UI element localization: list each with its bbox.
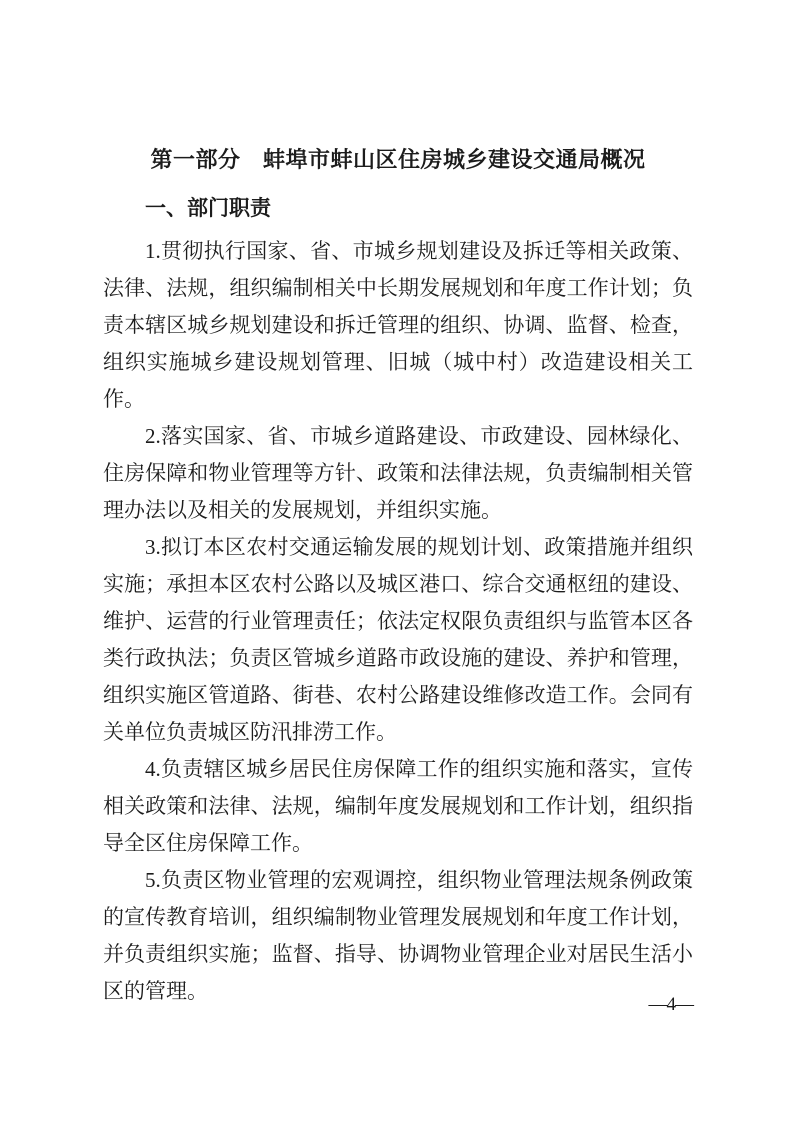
paragraph-4: 4.负责辖区城乡居民住房保障工作的组织实施和落实，宣传相关政策和法律、法规，编制… xyxy=(103,751,693,862)
paragraph-3: 3.拟订本区农村交通运输发展的规划计划、政策措施并组织实施；承担本区农村公路以及… xyxy=(103,529,693,751)
paragraph-1: 1.贯彻执行国家、省、市城乡规划建设及拆迁等相关政策、法律、法规，组织编制相关中… xyxy=(103,233,693,418)
page-number: —4— xyxy=(649,993,694,1017)
document-title: 第一部分 蚌埠市蚌山区住房城乡建设交通局概况 xyxy=(103,143,693,177)
paragraph-2: 2.落实国家、省、市城乡道路建设、市政建设、园林绿化、住房保障和物业管理等方针、… xyxy=(103,418,693,529)
document-page: 第一部分 蚌埠市蚌山区住房城乡建设交通局概况 一、部门职责 1.贯彻执行国家、省… xyxy=(0,0,793,1122)
section-heading: 一、部门职责 xyxy=(103,192,693,225)
section-body: 1.贯彻执行国家、省、市城乡规划建设及拆迁等相关政策、法律、法规，组织编制相关中… xyxy=(103,233,693,1010)
paragraph-5: 5.负责区物业管理的宏观调控，组织物业管理法规条例政策的宣传教育培训，组织编制物… xyxy=(103,862,693,1010)
